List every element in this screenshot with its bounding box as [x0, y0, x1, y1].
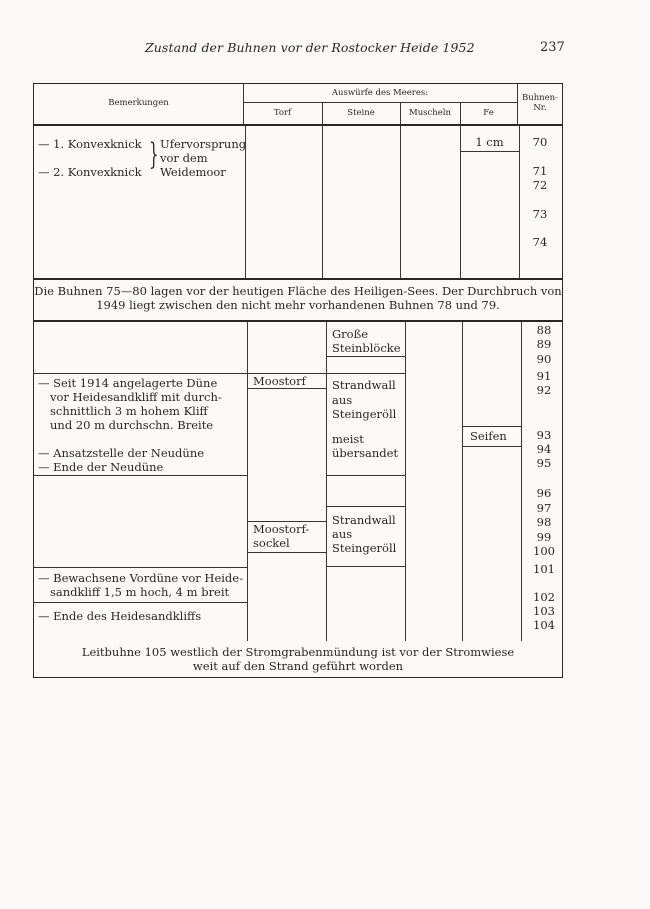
torf-sockel-1: Moostorf-	[253, 522, 309, 537]
cell-rule	[326, 475, 405, 476]
header-auswuerfe: Auswürfe des Meeres:	[243, 88, 517, 99]
header-steine: Steine	[322, 108, 400, 119]
note-75-80-line1: Die Buhnen 75—80 lagen vor der heutigen …	[34, 284, 562, 299]
col-rule	[400, 125, 401, 278]
buhne-nr: 92	[529, 383, 559, 398]
footer-note-line1: Leitbuhne 105 westlich der Stromgrabenmü…	[34, 645, 562, 660]
remark-ansatzstelle: — Ansatzstelle der Neudüne	[38, 446, 204, 461]
buhne-nr: 97	[529, 501, 559, 516]
header-bottom-rule	[33, 124, 563, 126]
buhne-nr: 73	[525, 207, 555, 222]
remark-duene-3: schnittlich 3 m hohem Kliff	[50, 404, 208, 419]
steine-strandwall2-1: Strandwall	[332, 513, 396, 528]
brace-icon: }	[149, 135, 159, 175]
remark-konvexknick-1: — 1. Konvexknick	[38, 137, 142, 152]
col-rule	[405, 321, 406, 641]
torf-moostorf: Moostorf	[253, 374, 306, 389]
steine-meist-2: übersandet	[332, 446, 398, 461]
buhne-nr: 89	[529, 337, 559, 352]
header-muscheln: Muscheln	[400, 108, 460, 119]
cell-rule	[462, 426, 521, 427]
remark-ende-neuduene: — Ende der Neudüne	[38, 460, 163, 475]
buhne-nr: 95	[529, 456, 559, 471]
col-rule	[519, 125, 520, 278]
header-buhnen-nr-2: Nr.	[517, 103, 563, 114]
col-rule	[521, 321, 522, 641]
cell-rule	[34, 373, 247, 374]
remark-duene-1: — Seit 1914 angelagerte Düne	[38, 376, 217, 391]
steine-strandwall1-3: Steingeröll	[332, 407, 396, 422]
remark-duene-4: und 20 m durchschn. Breite	[50, 418, 213, 433]
torf-sockel-2: sockel	[253, 536, 290, 551]
header-bemerkungen: Bemerkungen	[34, 98, 243, 109]
note-75-80-line2: 1949 liegt zwischen den nicht mehr vorha…	[34, 298, 562, 313]
cell-rule	[462, 446, 521, 447]
cell-rule	[34, 602, 247, 603]
buhne-nr: 96	[529, 486, 559, 501]
buhne-nr: 100	[529, 544, 559, 559]
fe-seifen: Seifen	[470, 429, 507, 444]
remark-duene-2: vor Heidesandkliff mit durch-	[50, 390, 222, 405]
steine-strandwall2-2: aus	[332, 527, 352, 542]
buhne-nr: 71	[525, 164, 555, 179]
remark-bewachsen-2: sandkliff 1,5 m hoch, 4 m breit	[50, 585, 229, 600]
cell-rule	[326, 356, 405, 357]
cell-rule	[326, 566, 405, 567]
brace-text-1: Ufervorsprung	[160, 137, 246, 152]
buhne-nr: 99	[529, 530, 559, 545]
remark-bewachsen-1: — Bewachsene Vordüne vor Heide-	[38, 571, 243, 586]
brace-text-3: Weidemoor	[160, 165, 226, 180]
cell-rule	[34, 567, 247, 568]
col-rule	[322, 125, 323, 278]
cell-rule	[34, 475, 247, 476]
col-rule	[462, 321, 463, 641]
steine-strandwall1-2: aus	[332, 393, 352, 408]
buhne-nr: 101	[529, 562, 559, 577]
steine-meist-1: meist	[332, 432, 364, 447]
col-rule	[247, 321, 248, 641]
buhne-nr: 90	[529, 352, 559, 367]
steine-grosse-2: Steinblöcke	[332, 341, 401, 356]
buhne-nr: 94	[529, 442, 559, 457]
header-torf: Torf	[243, 108, 322, 119]
buhne-nr: 72	[525, 178, 555, 193]
buhne-nr: 88	[529, 323, 559, 338]
remark-konvexknick-2: — 2. Konvexknick	[38, 165, 142, 180]
steine-strandwall2-3: Steingeröll	[332, 541, 396, 556]
buhne-nr: 102	[529, 590, 559, 605]
cell-rule	[460, 151, 519, 152]
buhne-nr: 103	[529, 604, 559, 619]
fe-value-1cm: 1 cm	[460, 135, 519, 150]
buhne-nr: 104	[529, 618, 559, 633]
buhne-nr: 93	[529, 428, 559, 443]
section-rule	[33, 320, 563, 322]
col-rule	[326, 321, 327, 641]
cell-rule	[247, 552, 326, 553]
footer-note-line2: weit auf den Strand geführt worden	[34, 659, 562, 674]
header-subrule	[243, 102, 517, 103]
steine-strandwall1-1: Strandwall	[332, 378, 396, 393]
cell-rule	[326, 506, 405, 507]
buhne-nr: 91	[529, 369, 559, 384]
buhne-nr: 98	[529, 515, 559, 530]
cell-rule	[326, 373, 405, 374]
section-rule	[33, 278, 563, 280]
remark-ende-kliff: — Ende des Heidesandkliffs	[38, 609, 201, 624]
brace-text-2: vor dem	[160, 151, 208, 166]
header-fe: Fe	[460, 108, 517, 119]
steine-grosse-1: Große	[332, 327, 368, 342]
buhne-nr: 74	[525, 235, 555, 250]
running-header-title: Zustand der Buhnen vor der Rostocker Hei…	[145, 40, 475, 55]
page-number: 237	[540, 40, 565, 55]
buhne-nr: 70	[525, 135, 555, 150]
